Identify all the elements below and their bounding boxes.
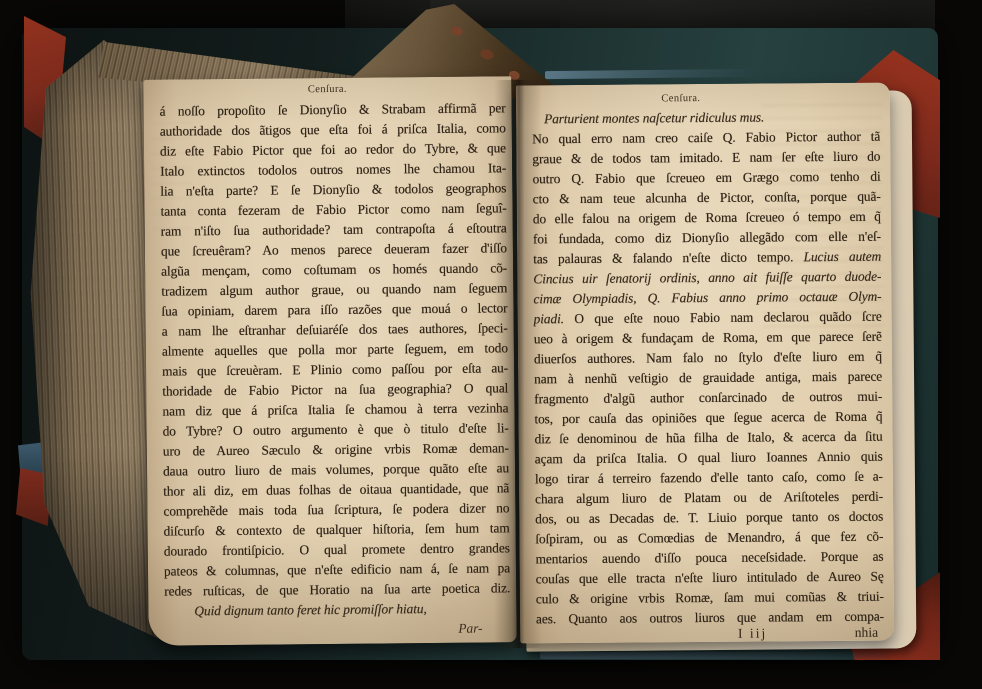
text-segment: que ſcreuêram? Ao menos parece deueram f… bbox=[161, 240, 507, 258]
text-segment: ram n'iſto ſua authoridade? tam contrapo… bbox=[161, 220, 507, 238]
text-line: ueo à origem & fundaçam de Roma, em que … bbox=[534, 327, 882, 350]
text-line: diz ſe denominou de hũa filha de Italo, … bbox=[535, 427, 883, 450]
text-segment: culo & origine vrbis Romæ, ſam mui comũa… bbox=[536, 589, 884, 607]
text-line: Cincius uir ſenatorij ordinis, anno ait … bbox=[533, 267, 881, 290]
text-segment: outro Q. Fabio que ſcreueo em Grægo como… bbox=[532, 169, 880, 187]
text-segment: ſoſpiram, ou as Comœdias de Menandro, á … bbox=[535, 529, 883, 547]
text-segment: couſas que elle tracta n'eſte liuro inti… bbox=[536, 569, 884, 587]
text-line: nam à nenhũ veſtigio de grauidade antiga… bbox=[534, 367, 882, 390]
text-segment: redes ruſticas, de que Horatio na ſua ar… bbox=[164, 580, 510, 598]
text-segment: lia n'eſta parte? E ſe Dionyſio & todolo… bbox=[160, 180, 506, 198]
text-line: dos, ou as Decadas de. T. Liuio porque t… bbox=[535, 507, 883, 530]
text-segment: diz ſe denominou de hũa filha de Italo, … bbox=[535, 429, 883, 447]
text-line: graue & de todos tam imitado. E nam ſer … bbox=[532, 147, 880, 170]
running-header: Cenſura. bbox=[494, 92, 868, 106]
italic-text-segment: Lucius autem bbox=[804, 249, 882, 265]
text-segment: O que eſte nouo Fabio nam declarou quãdo… bbox=[564, 309, 882, 326]
italic-text-segment: cimæ Olympiadis, Q. Fabius anno primo oc… bbox=[533, 289, 881, 307]
text-segment: açam da priſca Italia. O qual liuro Ioan… bbox=[535, 449, 883, 467]
text-segment: ueo à origem & fundaçam de Roma, em que … bbox=[534, 329, 882, 347]
text-segment: comprehẽde mais toda ſua ſcriptura, ſe p… bbox=[163, 500, 509, 518]
text-segment: diuerſos authores. Nam falo no ſtylo d'e… bbox=[534, 349, 882, 367]
text-segment: do elle falou na origem de Roma ſcreueo … bbox=[533, 209, 881, 227]
text-line: couſas que elle tracta n'eſte liuro inti… bbox=[536, 567, 884, 590]
text-line: mentarios auendo d'iſſo pouca neceſsidad… bbox=[535, 547, 883, 570]
text-segment: ſua opiniam, darem para iſſo razões que … bbox=[161, 300, 507, 318]
left-page-lines: á noſſo propoſito ſe Dionyſio & Strabam … bbox=[160, 98, 511, 621]
text-segment: chara algum liuro de Platam ou de Ariſto… bbox=[535, 489, 883, 507]
text-line: açam da priſca Italia. O qual liuro Ioan… bbox=[535, 447, 883, 470]
text-line: logo tirar á terreiro fazendo d'elle tan… bbox=[535, 467, 883, 490]
text-segment: algũa mençam, como coſtumam os homés qua… bbox=[161, 260, 507, 278]
text-segment: á noſſo propoſito ſe Dionyſio & Strabam … bbox=[160, 100, 506, 118]
text-line: diuerſos authores. Nam falo no ſtylo d'e… bbox=[534, 347, 882, 370]
text-segment: thoridade de Fabio Pictor na ſua geograp… bbox=[162, 380, 508, 398]
text-segment: nam diz que á priſca Italia ſe chamou à … bbox=[162, 400, 508, 418]
text-line: redes ruſticas, de que Horatio na ſua ar… bbox=[164, 578, 510, 601]
text-segment: authoridade dos ãtigos que eſta foi á pr… bbox=[160, 120, 506, 138]
text-line: cimæ Olympiadis, Q. Fabius anno primo oc… bbox=[533, 287, 881, 310]
text-line: culo & origine vrbis Romæ, ſam mui comũa… bbox=[536, 587, 884, 610]
text-segment: logo tirar á terreiro fazendo d'elle tan… bbox=[535, 469, 883, 487]
text-segment: do Tybre? O outro argumento è que ò titu… bbox=[163, 420, 509, 438]
text-segment: tos, por cauſa das opiniões que ſegue ac… bbox=[534, 409, 882, 427]
signature-row: I iij nhia bbox=[536, 623, 884, 646]
text-segment: almente aquelles que polla mor parte ſeg… bbox=[162, 340, 508, 358]
text-segment: pateos & columnas, que n'eſte edificio n… bbox=[164, 560, 510, 578]
text-line: tas palauras & falando n'eſte dicto temp… bbox=[533, 247, 881, 270]
text-line: No qual erro nam creo caiſe Q. Fabio Pic… bbox=[532, 127, 880, 150]
text-segment: tanta conta fezeram de Fabio Pictor como… bbox=[160, 200, 506, 218]
italic-text-segment: piadi. bbox=[534, 311, 564, 326]
text-line: cto & nam teue alcunha de Pictor, conſta… bbox=[533, 187, 881, 210]
italic-text-segment: Quid dignum tanto feret hic promiſſor hi… bbox=[194, 601, 426, 618]
text-segment: thor ali diz, em duas folhas de oitaua q… bbox=[163, 480, 509, 498]
text-line: tos, por cauſa das opiniões que ſegue ac… bbox=[534, 407, 882, 430]
text-segment: a nam lhe eſtranhar deſuiaréſe dos taes … bbox=[162, 320, 508, 338]
text-segment: Italo extinctos todolos outros nomes lhe… bbox=[160, 160, 506, 178]
text-segment: diſcurſo & contexto de qualquer hiſtoria… bbox=[164, 520, 510, 538]
text-segment: tas palauras & falando n'eſte dicto temp… bbox=[533, 249, 804, 266]
text-line: fragmento d'algũ author conſarcinado de … bbox=[534, 387, 882, 410]
text-segment: mais que ſcreuèram. E Plinio como paſſou… bbox=[162, 360, 508, 378]
italic-text-segment: Parturient montes naſcetur ridiculus mus… bbox=[544, 110, 764, 127]
cover-bottom-edge-highlight bbox=[540, 652, 890, 659]
text-segment: daua outro liuro de mais volumes, porque… bbox=[163, 460, 509, 478]
right-page: Cenſura. Parturient montes naſcetur ridi… bbox=[516, 83, 894, 644]
text-line: do elle falou na origem de Roma ſcreueo … bbox=[533, 207, 881, 230]
signature-mark: I iij bbox=[738, 624, 767, 644]
catchword: Par- bbox=[458, 621, 482, 636]
text-segment: diz eſte Fabio Pictor que foi ao redor d… bbox=[160, 140, 506, 158]
left-page: Cenſura. á noſſo propoſito ſe Dionyſio &… bbox=[143, 76, 516, 646]
italic-text-segment: Cincius uir ſenatorij ordinis, anno ait … bbox=[533, 269, 881, 287]
text-segment: cto & nam teue alcunha de Pictor, conſta… bbox=[533, 189, 881, 207]
text-line: outro Q. Fabio que ſcreueo em Grægo como… bbox=[532, 167, 880, 190]
catchword: nhia bbox=[855, 623, 885, 643]
book-photo: Cenſura. á noſſo propoſito ſe Dionyſio &… bbox=[0, 0, 982, 689]
text-line: piadi. O que eſte nouo Fabio nam declaro… bbox=[534, 307, 882, 330]
text-segment: uro de Aureo Sæculo & origine vrbis Romæ… bbox=[163, 440, 509, 458]
text-line: ſoſpiram, ou as Comœdias de Menandro, á … bbox=[535, 527, 883, 550]
text-line: chara algum liuro de Platam ou de Ariſto… bbox=[535, 487, 883, 510]
text-segment: mentarios auendo d'iſſo pouca neceſsidad… bbox=[535, 549, 883, 567]
text-segment: tradizem algum author graue, ou quando n… bbox=[161, 280, 507, 298]
text-line: Parturient montes naſcetur ridiculus mus… bbox=[532, 107, 880, 130]
right-page-lines: Parturient montes naſcetur ridiculus mus… bbox=[532, 107, 884, 630]
catchword-row: Par- bbox=[164, 618, 510, 641]
text-line: foi fundada, como diz Dionyſio allegãdo … bbox=[533, 227, 881, 250]
text-segment: dos, ou as Decadas de. T. Liuio porque t… bbox=[535, 509, 883, 527]
text-segment: foi fundada, como diz Dionyſio allegãdo … bbox=[533, 229, 881, 247]
running-header: Cenſura. bbox=[143, 82, 511, 97]
text-segment: nam à nenhũ veſtigio de grauidade antiga… bbox=[534, 369, 882, 387]
text-segment: No qual erro nam creo caiſe Q. Fabio Pic… bbox=[532, 129, 880, 147]
text-segment: graue & de todos tam imitado. E nam ſer … bbox=[532, 149, 880, 167]
text-segment: dourado frontiſpicio. O qual promete den… bbox=[164, 540, 510, 558]
text-segment: fragmento d'algũ author conſarcinado de … bbox=[534, 389, 882, 407]
